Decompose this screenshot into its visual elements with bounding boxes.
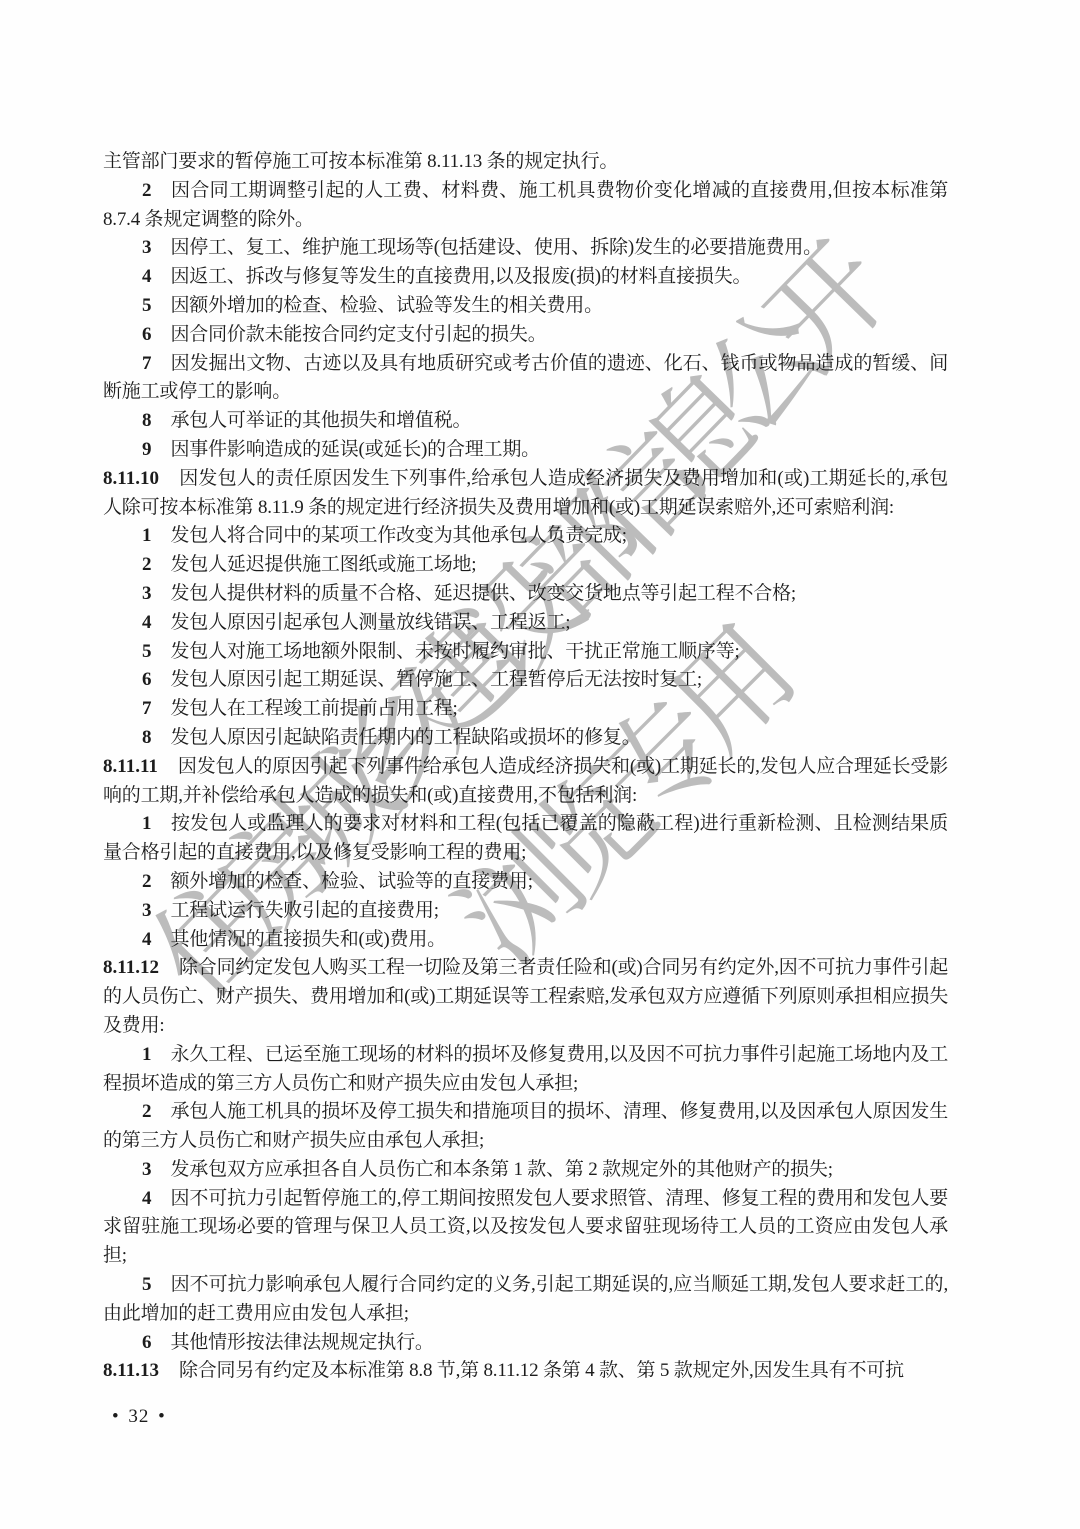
- item-number: 7: [142, 353, 152, 374]
- page-number-left-dot: •: [112, 1406, 120, 1427]
- list-item-paragraph: 4因返工、拆改与修复等发生的直接费用,以及报废(损)的材料直接损失。: [103, 263, 948, 292]
- list-item-paragraph: 1永久工程、已运至施工现场的材料的损坏及修复费用,以及因不可抗力事件引起施工场地…: [103, 1041, 948, 1099]
- list-item-paragraph: 4其他情况的直接损失和(或)费用。: [103, 926, 948, 955]
- page-number-right-dot: •: [158, 1406, 166, 1427]
- paragraph-text: 因不可抗力引起暂停施工的,停工期间按照发包人要求照管、清理、修复工程的费用和发包…: [103, 1188, 948, 1267]
- paragraph-text: 发包人将合同中的某项工作改变为其他承包人负责完成;: [171, 525, 627, 546]
- list-item-paragraph: 5发包人对施工场地额外限制、未按时履约审批、干扰正常施工顺序等;: [103, 638, 948, 667]
- document-body: 主管部门要求的暂停施工可按本标准第 8.11.13 条的规定执行。2因合同工期调…: [0, 0, 948, 1386]
- paragraph-text: 发承包双方应承担各自人员伤亡和本条第 1 款、第 2 款规定外的其他财产的损失;: [171, 1159, 833, 1180]
- continuation-paragraph: 主管部门要求的暂停施工可按本标准第 8.11.13 条的规定执行。: [103, 148, 948, 177]
- list-item-paragraph: 8发包人原因引起缺陷责任期内的工程缺陷或损坏的修复。: [103, 724, 948, 753]
- list-item-paragraph: 4发包人原因引起承包人测量放线错误、工程返工;: [103, 609, 948, 638]
- paragraph-text: 除合同另有约定及本标准第 8.8 节,第 8.11.12 条第 4 款、第 5 …: [179, 1360, 904, 1381]
- item-number: 8: [142, 410, 152, 431]
- paragraph-text: 除合同约定发包人购买工程一切险及第三者责任险和(或)合同另有约定外,因不可抗力事…: [103, 957, 948, 1036]
- list-item-paragraph: 7发包人在工程竣工前提前占用工程;: [103, 695, 948, 724]
- item-number: 3: [142, 237, 152, 258]
- paragraph-text: 发包人在工程竣工前提前占用工程;: [171, 698, 458, 719]
- item-number: 1: [142, 1044, 152, 1065]
- clause-paragraph: 8.11.12除合同约定发包人购买工程一切险及第三者责任险和(或)合同另有约定外…: [103, 954, 948, 1040]
- paragraph-text: 因合同工期调整引起的人工费、材料费、施工机具费物价变化增减的直接费用,但按本标准…: [103, 180, 948, 230]
- clause-paragraph: 8.11.10因发包人的责任原因发生下列事件,给承包人造成经济损失及费用增加和(…: [103, 465, 948, 523]
- paragraph-text: 工程试运行失败引起的直接费用;: [171, 900, 439, 921]
- list-item-paragraph: 6其他情形按法律法规规定执行。: [103, 1329, 948, 1358]
- list-item-paragraph: 2因合同工期调整引起的人工费、材料费、施工机具费物价变化增减的直接费用,但按本标…: [103, 177, 948, 235]
- clause-paragraph: 8.11.11因发包人的原因引起下列事件给承包人造成经济损失和(或)工期延长的,…: [103, 753, 948, 811]
- item-number: 7: [142, 698, 152, 719]
- page-number: • 32 •: [112, 1406, 166, 1428]
- item-number: 6: [142, 1332, 152, 1353]
- list-item-paragraph: 4因不可抗力引起暂停施工的,停工期间按照发包人要求照管、清理、修复工程的费用和发…: [103, 1185, 948, 1271]
- paragraph-text: 主管部门要求的暂停施工可按本标准第 8.11.13 条的规定执行。: [103, 151, 618, 172]
- list-item-paragraph: 2发包人延迟提供施工图纸或施工场地;: [103, 551, 948, 580]
- item-number: 2: [142, 871, 152, 892]
- item-number: 2: [142, 1101, 152, 1122]
- clause-number: 8.11.13: [103, 1360, 159, 1381]
- item-number: 4: [142, 266, 152, 287]
- item-number: 4: [142, 612, 152, 633]
- paragraph-text: 发包人对施工场地额外限制、未按时履约审批、干扰正常施工顺序等;: [171, 641, 740, 662]
- item-number: 5: [142, 295, 152, 316]
- item-number: 5: [142, 641, 152, 662]
- paragraph-text: 发包人提供材料的质量不合格、延迟提供、改变交货地点等引起工程不合格;: [171, 583, 796, 604]
- paragraph-text: 发包人原因引起工期延误、暂停施工、工程暂停后无法按时复工;: [171, 669, 702, 690]
- item-number: 3: [142, 1159, 152, 1180]
- list-item-paragraph: 6因合同价款未能按合同约定支付引起的损失。: [103, 321, 948, 350]
- item-number: 1: [142, 525, 152, 546]
- paragraph-text: 承包人施工机具的损坏及停工损失和措施项目的损坏、清理、修复费用,以及因承包人原因…: [103, 1101, 948, 1151]
- list-item-paragraph: 9因事件影响造成的延误(或延长)的合理工期。: [103, 436, 948, 465]
- list-item-paragraph: 5因不可抗力影响承包人履行合同约定的义务,引起工期延误的,应当顺延工期,发包人要…: [103, 1271, 948, 1329]
- paragraph-text: 发包人原因引起承包人测量放线错误、工程返工;: [171, 612, 571, 633]
- clause-paragraph: 8.11.13除合同另有约定及本标准第 8.8 节,第 8.11.12 条第 4…: [103, 1357, 948, 1386]
- item-number: 3: [142, 583, 152, 604]
- scanned-standard-page: 住房城乡建设部信息公开 浏览专用 主管部门要求的暂停施工可按本标准第 8.11.…: [0, 0, 1080, 1529]
- paragraph-text: 因发包人的原因引起下列事件给承包人造成经济损失和(或)工期延长的,发包人应合理延…: [103, 756, 948, 806]
- item-number: 4: [142, 1188, 152, 1209]
- list-item-paragraph: 8承包人可举证的其他损失和增值税。: [103, 407, 948, 436]
- paragraph-text: 承包人可举证的其他损失和增值税。: [171, 410, 472, 431]
- item-number: 6: [142, 669, 152, 690]
- paragraph-text: 因不可抗力影响承包人履行合同约定的义务,引起工期延误的,应当顺延工期,发包人要求…: [103, 1274, 948, 1324]
- paragraph-text: 因事件影响造成的延误(或延长)的合理工期。: [171, 439, 540, 460]
- clause-number: 8.11.11: [103, 756, 158, 777]
- list-item-paragraph: 3工程试运行失败引起的直接费用;: [103, 897, 948, 926]
- list-item-paragraph: 2额外增加的检查、检验、试验等的直接费用;: [103, 868, 948, 897]
- paragraph-text: 因发包人的责任原因发生下列事件,给承包人造成经济损失及费用增加和(或)工期延长的…: [103, 468, 948, 518]
- item-number: 2: [142, 180, 152, 201]
- list-item-paragraph: 7因发掘出文物、古迹以及具有地质研究或考古价值的遗迹、化石、钱币或物品造成的暂缓…: [103, 350, 948, 408]
- item-number: 1: [142, 813, 152, 834]
- paragraph-text: 因发掘出文物、古迹以及具有地质研究或考古价值的遗迹、化石、钱币或物品造成的暂缓、…: [103, 353, 948, 403]
- list-item-paragraph: 1按发包人或监理人的要求对材料和工程(包括已覆盖的隐蔽工程)进行重新检测、且检测…: [103, 810, 948, 868]
- paragraph-text: 发包人原因引起缺陷责任期内的工程缺陷或损坏的修复。: [171, 727, 641, 748]
- paragraph-text: 因返工、拆改与修复等发生的直接费用,以及报废(损)的材料直接损失。: [171, 266, 752, 287]
- list-item-paragraph: 1发包人将合同中的某项工作改变为其他承包人负责完成;: [103, 522, 948, 551]
- paragraph-text: 其他情形按法律法规规定执行。: [171, 1332, 434, 1353]
- clause-number: 8.11.10: [103, 468, 159, 489]
- list-item-paragraph: 6发包人原因引起工期延误、暂停施工、工程暂停后无法按时复工;: [103, 666, 948, 695]
- paragraph-text: 额外增加的检查、检验、试验等的直接费用;: [171, 871, 533, 892]
- paragraph-text: 因停工、复工、维护施工现场等(包括建设、使用、拆除)发生的必要措施费用。: [171, 237, 822, 258]
- item-number: 6: [142, 324, 152, 345]
- list-item-paragraph: 3因停工、复工、维护施工现场等(包括建设、使用、拆除)发生的必要措施费用。: [103, 234, 948, 263]
- item-number: 8: [142, 727, 152, 748]
- list-item-paragraph: 5因额外增加的检查、检验、试验等发生的相关费用。: [103, 292, 948, 321]
- list-item-paragraph: 2承包人施工机具的损坏及停工损失和措施项目的损坏、清理、修复费用,以及因承包人原…: [103, 1098, 948, 1156]
- item-number: 3: [142, 900, 152, 921]
- item-number: 9: [142, 439, 152, 460]
- page-number-value: 32: [128, 1406, 149, 1427]
- paragraph-text: 永久工程、已运至施工现场的材料的损坏及修复费用,以及因不可抗力事件引起施工场地内…: [103, 1044, 948, 1094]
- paragraph-text: 其他情况的直接损失和(或)费用。: [171, 929, 446, 950]
- paragraph-text: 因额外增加的检查、检验、试验等发生的相关费用。: [171, 295, 603, 316]
- list-item-paragraph: 3发包人提供材料的质量不合格、延迟提供、改变交货地点等引起工程不合格;: [103, 580, 948, 609]
- item-number: 4: [142, 929, 152, 950]
- paragraph-text: 按发包人或监理人的要求对材料和工程(包括已覆盖的隐蔽工程)进行重新检测、且检测结…: [103, 813, 948, 863]
- clause-number: 8.11.12: [103, 957, 159, 978]
- paragraph-text: 发包人延迟提供施工图纸或施工场地;: [171, 554, 477, 575]
- item-number: 2: [142, 554, 152, 575]
- list-item-paragraph: 3发承包双方应承担各自人员伤亡和本条第 1 款、第 2 款规定外的其他财产的损失…: [103, 1156, 948, 1185]
- paragraph-text: 因合同价款未能按合同约定支付引起的损失。: [171, 324, 547, 345]
- item-number: 5: [142, 1274, 152, 1295]
